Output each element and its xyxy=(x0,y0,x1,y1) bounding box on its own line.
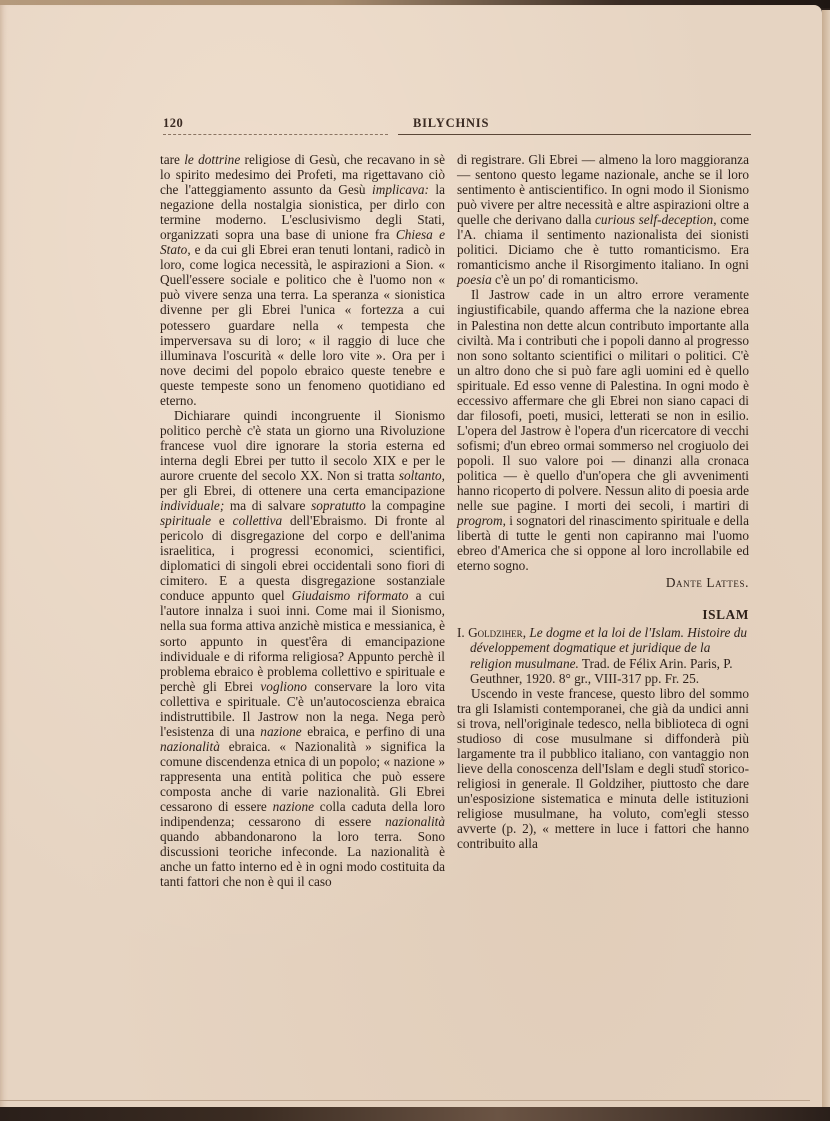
text: ebraica, e perfino di una xyxy=(302,724,445,739)
page-edge-right xyxy=(822,10,830,1121)
italic-text: vogliono xyxy=(260,679,307,694)
italic-text: le dottrine xyxy=(184,152,240,167)
italic-text: soltanto xyxy=(399,468,442,483)
entry-author: Goldziher xyxy=(468,625,523,640)
section-heading: ISLAM xyxy=(457,607,749,622)
bibliography-entry: I. Goldziher, Le dogme et la loi de l'Is… xyxy=(457,625,749,685)
page-fold-line xyxy=(0,1100,810,1101)
italic-text: nazionalità xyxy=(160,739,220,754)
text: quando abbandonarono la loro terra. Sono… xyxy=(160,829,445,889)
italic-text: progrom xyxy=(457,513,503,528)
italic-text: curious self-deception xyxy=(595,212,713,227)
text: e xyxy=(211,513,233,528)
left-column: tare le dottrine religiose di Gesù, che … xyxy=(160,152,445,889)
paragraph: di registrare. Gli Ebrei — almeno la lor… xyxy=(457,152,749,287)
author-signature: Dante Lattes. xyxy=(457,575,749,590)
page-number: 120 xyxy=(163,116,183,131)
italic-text: individuale; xyxy=(160,498,224,513)
italic-text: collettiva xyxy=(233,513,282,528)
italic-text: Giudaismo riformato xyxy=(292,588,409,603)
italic-text: sopratutto xyxy=(311,498,366,513)
italic-text: nazionalità xyxy=(385,814,445,829)
header-rule-left xyxy=(163,134,388,135)
italic-text: nazione xyxy=(273,799,314,814)
running-header: 120 BILYCHNIS xyxy=(163,116,751,138)
text: tare xyxy=(160,152,184,167)
text: Il Jastrow cade in un altro errore veram… xyxy=(457,287,749,513)
text: la compagine xyxy=(366,498,445,513)
paragraph: tare le dottrine religiose di Gesù, che … xyxy=(160,152,445,408)
italic-text: spirituale xyxy=(160,513,211,528)
right-column: di registrare. Gli Ebrei — almeno la lor… xyxy=(457,152,749,851)
italic-text: implicava: xyxy=(372,182,429,197)
italic-text: nazione xyxy=(260,724,301,739)
paragraph: Uscendo in veste francese, questo libro … xyxy=(457,686,749,852)
running-title: BILYCHNIS xyxy=(413,116,489,131)
paragraph: Il Jastrow cade in un altro errore veram… xyxy=(457,287,749,573)
header-rule-right xyxy=(398,134,751,135)
italic-text: poesia xyxy=(457,272,492,287)
text: ma di salvare xyxy=(224,498,311,513)
page-edge-bottom xyxy=(0,1107,830,1121)
paragraph: Dichiarare quindi incongruente il Sionis… xyxy=(160,408,445,890)
text: c'è un po' di romanticismo. xyxy=(492,272,639,287)
entry-number: I. xyxy=(457,625,468,640)
text: , e da cui gli Ebrei eran tenuti lontani… xyxy=(160,242,445,407)
